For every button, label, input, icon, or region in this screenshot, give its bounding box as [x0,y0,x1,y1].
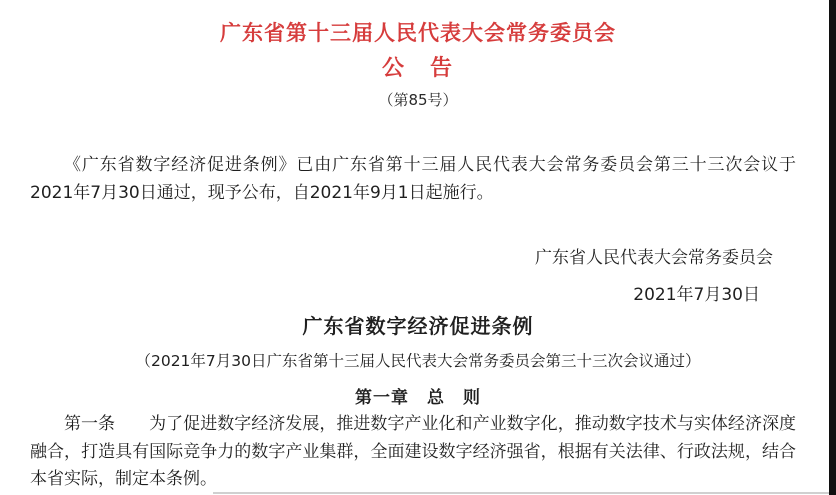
org-title: 广东省第十三届人民代表大会常务委员会 [0,17,836,47]
announcement-paragraph: 《广东省数字经济促进条例》已由广东省第十三届人民代表大会常务委员会第三十三次会议… [30,151,796,207]
signature-org: 广东省人民代表大会常务委员会 [535,243,773,268]
right-edge-bar [829,0,836,495]
regulation-subtitle: （2021年7月30日广东省第十三届人民代表大会常务委员会第三十三次会议通过） [0,349,836,371]
notice-title: 公 告 [0,51,836,82]
regulation-title: 广东省数字经济促进条例 [0,310,836,339]
notice-number: （第85号） [0,89,836,110]
signature-date: 2021年7月30日 [633,280,760,305]
chapter-heading: 第一章 总 则 [0,383,836,408]
bottom-divider [213,492,829,494]
document-page: 广东省第十三届人民代表大会常务委员会 公 告 （第85号） 《广东省数字经济促进… [0,0,836,495]
article-paragraph: 第一条 为了促进数字经济发展，推进数字产业化和产业数字化，推动数字技术与实体经济… [30,411,796,494]
